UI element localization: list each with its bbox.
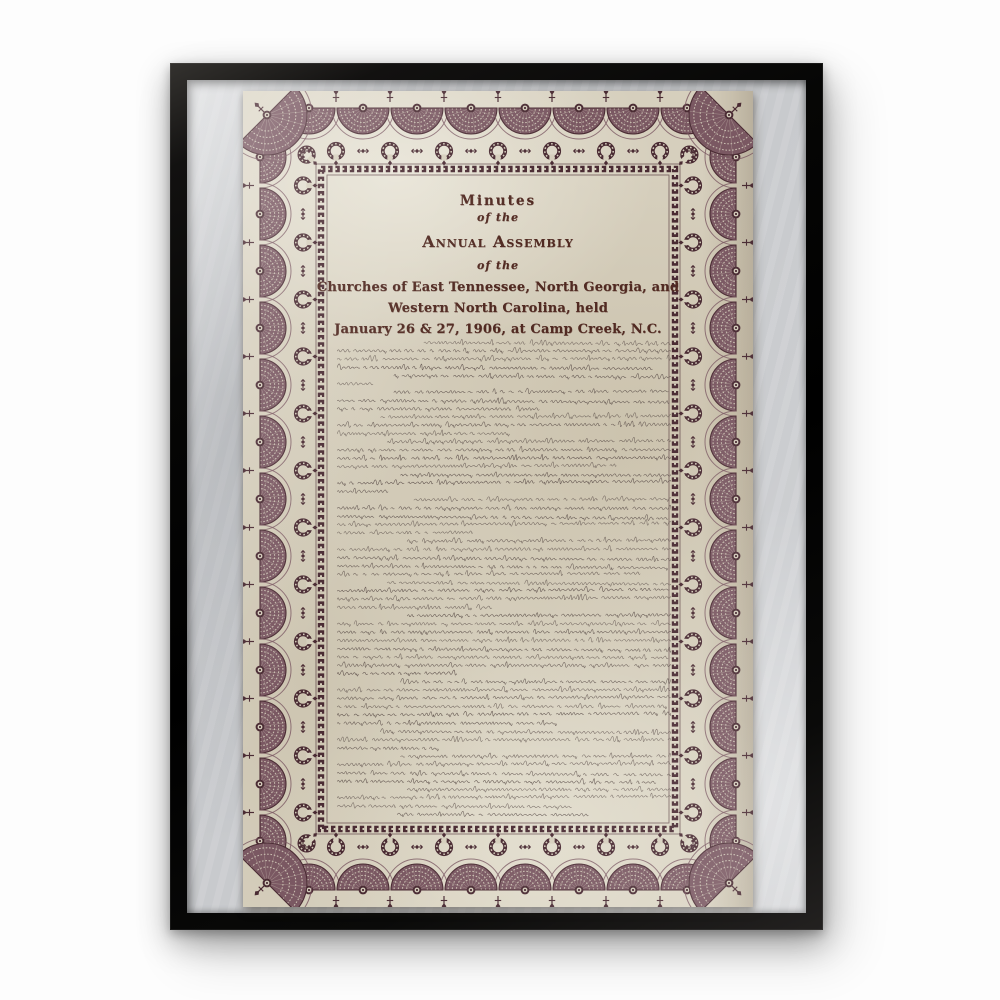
title-line-of-the-2: of the bbox=[313, 258, 683, 274]
picture-frame: Minutes of the Annual Assembly of the Ch… bbox=[170, 63, 823, 930]
title-line-western-nc: Western North Carolina, held bbox=[313, 298, 683, 319]
title-line-annual-assembly: Annual Assembly bbox=[313, 229, 683, 255]
mat-board: Minutes of the Annual Assembly of the Ch… bbox=[187, 80, 806, 913]
photo: { "palette": { "frame_black": "#0e0d0c",… bbox=[0, 0, 1000, 1000]
title-line-date-place: January 26 & 27, 1906, at Camp Creek, N.… bbox=[313, 319, 683, 340]
certificate-title: Minutes of the Annual Assembly of the Ch… bbox=[313, 191, 683, 340]
title-line-minutes: Minutes bbox=[313, 191, 683, 211]
title-line-churches: Churches of East Tennessee, North Georgi… bbox=[313, 277, 683, 298]
title-line-of-the-1: of the bbox=[313, 211, 683, 225]
photo-background: Minutes of the Annual Assembly of the Ch… bbox=[0, 0, 1000, 1000]
handwritten-body bbox=[337, 337, 671, 817]
parchment-document: Minutes of the Annual Assembly of the Ch… bbox=[243, 91, 753, 907]
